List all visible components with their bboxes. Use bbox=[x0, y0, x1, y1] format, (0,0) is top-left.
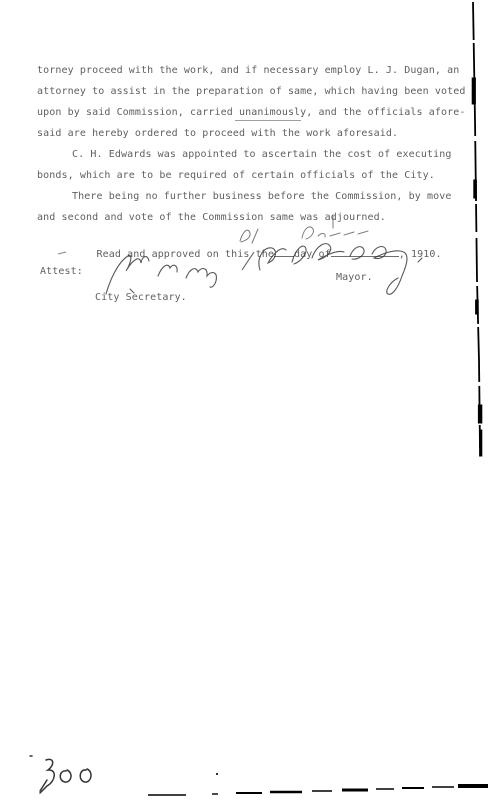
bottom-edge-scan-marks bbox=[148, 774, 488, 795]
ink-and-scan-artifacts-overlay bbox=[0, 0, 488, 800]
handwritten-day bbox=[240, 229, 258, 243]
handwritten-month bbox=[302, 216, 368, 239]
mayor-signature-slash bbox=[242, 252, 254, 270]
city-secretary-signature bbox=[106, 255, 216, 294]
right-edge-scan-line bbox=[472, 2, 482, 456]
handwritten-page-number-300 bbox=[30, 756, 91, 793]
stray-pen-mark bbox=[58, 252, 66, 254]
scanned-minutes-page: torney proceed with the work, and if nec… bbox=[0, 0, 488, 800]
mayor-signature bbox=[259, 244, 422, 295]
